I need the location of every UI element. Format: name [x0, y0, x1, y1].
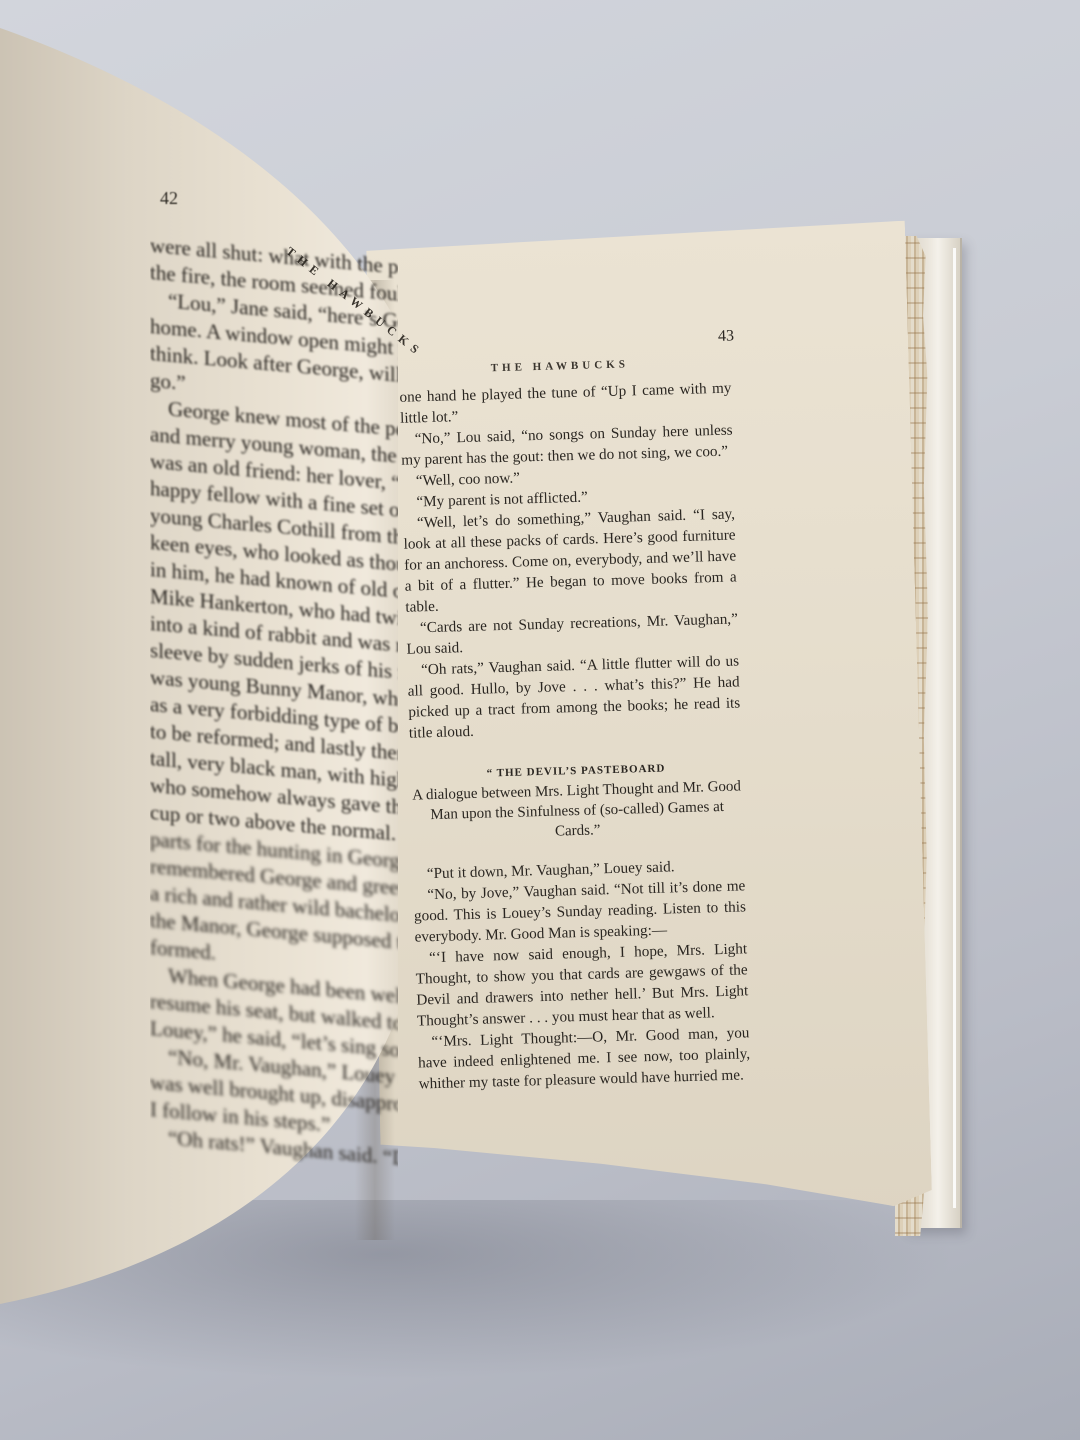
paragraph: “‘I have now said enough, I hope, Mrs. L…	[415, 938, 749, 1031]
page-number: 42	[160, 188, 178, 209]
paragraph: “Well, let’s do something,” Vaughan said…	[403, 504, 738, 618]
tract-subtitle: A dialogue between Mrs. Light Thought an…	[410, 776, 744, 845]
photo-scene: 43 THE HAWBUCKS one hand he played the t…	[0, 0, 1080, 1440]
body-text: one hand he played the tune of “Up I cam…	[399, 378, 751, 1095]
paragraph: “‘Mrs. Light Thought:—O, Mr. Good man, y…	[417, 1022, 751, 1094]
cover-gloss-highlight	[953, 248, 956, 1208]
page-number: 43	[718, 327, 734, 345]
right-page: 43 THE HAWBUCKS one hand he played the t…	[355, 221, 933, 1246]
right-page-content: 43 THE HAWBUCKS one hand he played the t…	[398, 328, 730, 337]
running-head: THE HAWBUCKS	[491, 358, 629, 374]
paragraph: “Oh rats,” Vaughan said. “A little flutt…	[407, 650, 741, 743]
paragraph: “No, by Jove,” Vaughan said. “Not till i…	[413, 875, 747, 947]
tract-title-block: “ THE DEVIL’S PASTEBOARD A dialogue betw…	[410, 756, 744, 845]
